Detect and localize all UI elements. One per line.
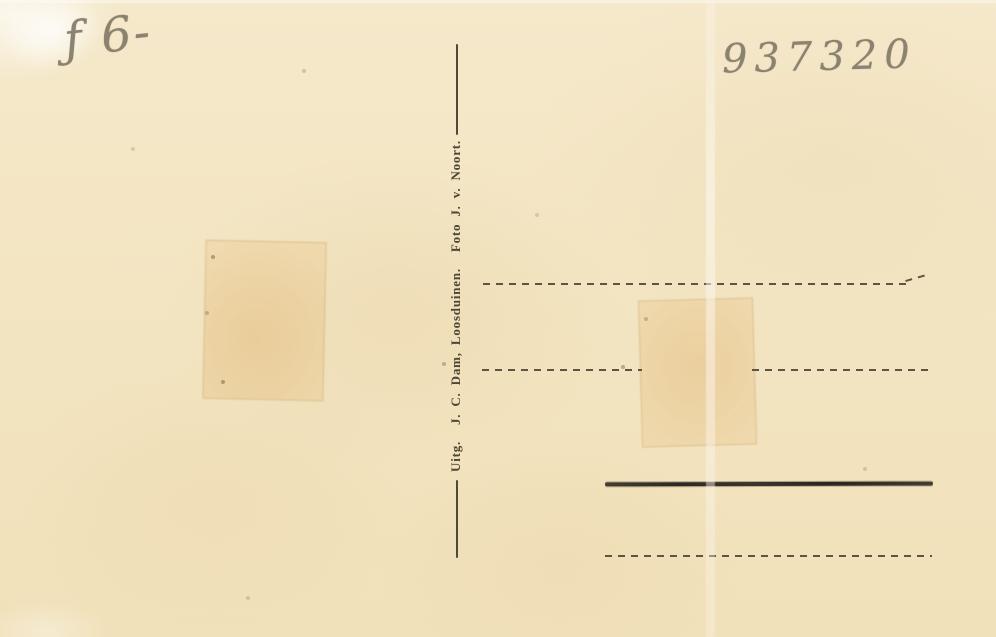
tape-mark-right [638, 297, 757, 447]
address-line-4 [605, 555, 932, 557]
price-handwriting: ƒ 6- [61, 4, 154, 69]
inventory-number-handwriting: 937320 [721, 31, 917, 82]
publisher-name: J. C. Dam, Loosduinen. [448, 268, 464, 425]
publisher-credit-text: Uitg. J. C. Dam, Loosduinen. Foto J. v. … [445, 140, 467, 472]
center-divider-bottom-line [456, 480, 458, 558]
scan-top-edge-highlight [0, 0, 996, 3]
address-line-1 [483, 283, 907, 285]
address-line-2-left-segment [482, 369, 642, 371]
foxing-specks [0, 0, 2, 2]
address-line-1-hook [905, 274, 927, 282]
vertical-crease [706, 0, 715, 637]
publisher-abbreviation: Uitg. [448, 441, 464, 472]
address-line-3-scribbled [605, 482, 933, 487]
photographer-credit: Foto J. v. Noort. [448, 140, 464, 252]
address-line-2-right-segment [752, 369, 933, 371]
center-divider-top-line [456, 44, 458, 135]
postcard-back-scan: ƒ 6- 937320 Uitg. J. C. Dam, Loosduinen.… [0, 0, 996, 637]
tape-mark-left [202, 240, 326, 401]
